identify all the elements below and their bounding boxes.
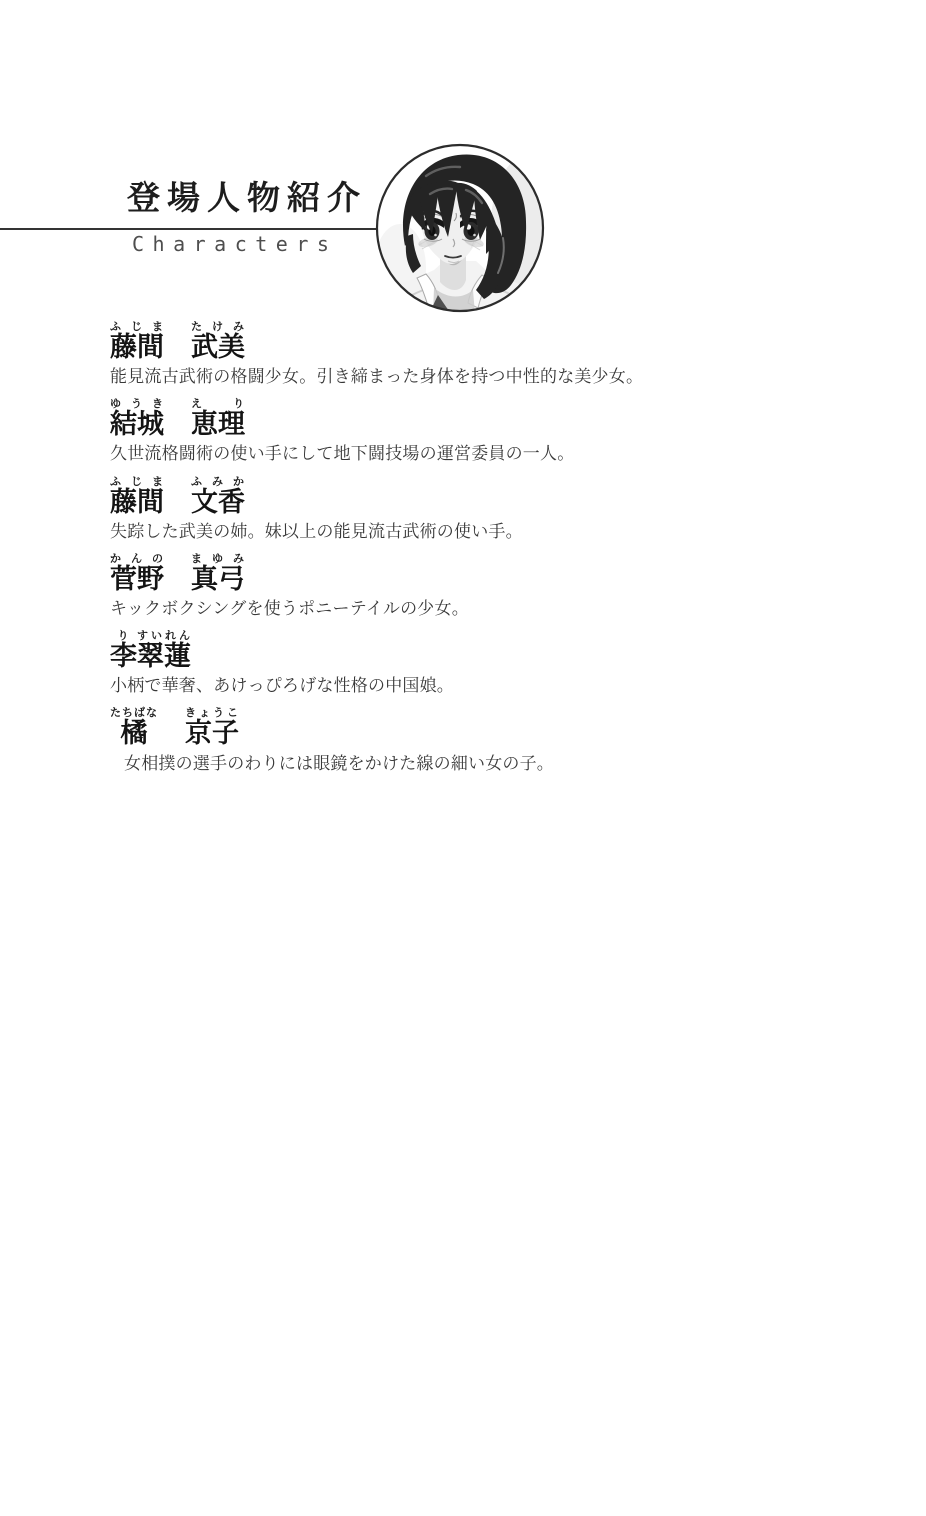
character-portrait — [374, 142, 546, 314]
character-description: キックボクシングを使うポニーテイルの少女。 — [110, 599, 770, 620]
character-name-part: 真弓まゆみ — [191, 564, 245, 595]
character-entry: 菅野かんの 真弓まゆみキックボクシングを使うポニーテイルの少女。 — [110, 552, 770, 620]
character-name-part: 京子きょうこ — [185, 718, 239, 749]
character-name-furigana: きょうこ — [185, 706, 239, 719]
character-name: 藤間ふじま 武美たけみ — [110, 320, 770, 363]
character-description: 失踪した武美の姉。妹以上の能見流古武術の使い手。 — [110, 522, 770, 543]
character-entry: 李り翠蓮すいれん小柄で華奢、あけっぴろげな性格の中国娘。 — [110, 629, 770, 697]
character-name-part: 菅野かんの — [110, 564, 164, 595]
character-name: 藤間ふじま 文香ふみか — [110, 475, 770, 518]
character-name-part: 武美たけみ — [191, 332, 245, 363]
character-name-part: 結城ゆうき — [110, 409, 164, 440]
header-rule — [0, 228, 381, 230]
character-description: 女相撲の選手のわりには眼鏡をかけた線の細い女の子。 — [124, 754, 770, 775]
character-name-part: 藤間ふじま — [110, 487, 164, 518]
character-name-furigana: ふじま — [110, 475, 164, 488]
character-name-furigana: り — [110, 629, 137, 642]
character-name-furigana: ふじま — [110, 320, 164, 333]
character-list: 藤間ふじま 武美たけみ能見流古武術の格闘少女。引き締まった身体を持つ中性的な美少… — [110, 320, 770, 784]
character-intro-page: 登場人物紹介 Characters — [0, 0, 926, 1516]
character-name-furigana: かんの — [110, 552, 164, 565]
page-title: 登場人物紹介 — [127, 180, 367, 216]
character-name: 菅野かんの 真弓まゆみ — [110, 552, 770, 595]
character-name: 結城ゆうき 恵理えり — [110, 397, 770, 440]
character-name-part: 橘たちばな — [110, 718, 158, 749]
character-entry: 橘たちばな 京子きょうこ女相撲の選手のわりには眼鏡をかけた線の細い女の子。 — [110, 706, 770, 774]
character-name-furigana: ふみか — [191, 475, 245, 488]
character-name-furigana: まゆみ — [191, 552, 245, 565]
character-name: 橘たちばな 京子きょうこ — [110, 706, 770, 749]
page-subtitle: Characters — [132, 234, 337, 254]
character-name-furigana: えり — [191, 397, 245, 410]
character-name-part: 藤間ふじま — [110, 332, 164, 363]
character-description: 能見流古武術の格闘少女。引き締まった身体を持つ中性的な美少女。 — [110, 367, 770, 388]
character-name-furigana: たちばな — [110, 706, 158, 719]
character-name-part: 李り — [110, 641, 137, 672]
character-name-furigana: たけみ — [191, 320, 245, 333]
character-description: 久世流格闘術の使い手にして地下闘技場の運営委員の一人。 — [110, 444, 770, 465]
character-entry: 藤間ふじま 文香ふみか失踪した武美の姉。妹以上の能見流古武術の使い手。 — [110, 475, 770, 543]
portrait-illustration-icon — [374, 142, 546, 314]
character-entry: 結城ゆうき 恵理えり久世流格闘術の使い手にして地下闘技場の運営委員の一人。 — [110, 397, 770, 465]
character-entry: 藤間ふじま 武美たけみ能見流古武術の格闘少女。引き締まった身体を持つ中性的な美少… — [110, 320, 770, 388]
character-name-part: 文香ふみか — [191, 487, 245, 518]
character-description: 小柄で華奢、あけっぴろげな性格の中国娘。 — [110, 676, 770, 697]
character-name-part: 恵理えり — [191, 409, 245, 440]
character-name-furigana: ゆうき — [110, 397, 164, 410]
character-name: 李り翠蓮すいれん — [110, 629, 770, 672]
character-name-furigana: すいれん — [137, 629, 191, 642]
character-name-part: 翠蓮すいれん — [137, 641, 191, 672]
